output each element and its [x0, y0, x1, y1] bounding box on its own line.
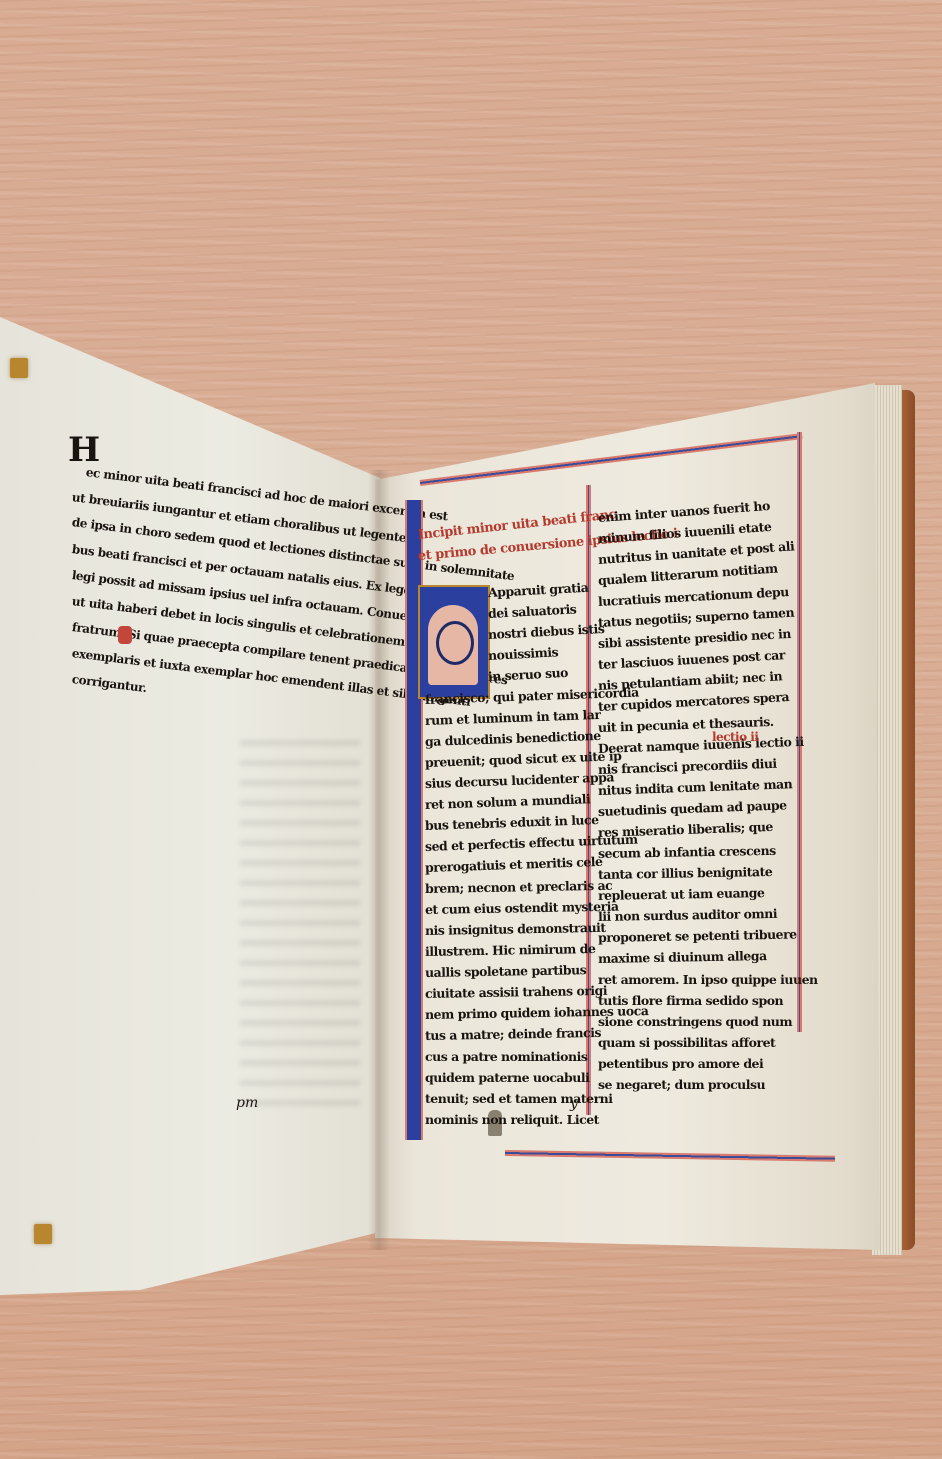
initial-inner-field	[428, 605, 478, 685]
text-line: se negaret; dum proculsu	[598, 1077, 765, 1092]
illuminated-initial-A	[418, 585, 490, 699]
text-line: secum ab infantia crescens	[598, 843, 776, 861]
page-tab-bottom	[34, 1224, 52, 1244]
initial-letter: H	[68, 430, 100, 470]
right-border-bar	[797, 432, 802, 1032]
text-line: quam si possibilitas afforet	[598, 1035, 775, 1050]
text-line: tus a matre; deinde francis	[425, 1025, 601, 1043]
text-line: sione constringens quod num	[598, 1014, 792, 1029]
text-line: nis insignitus demonstrauit	[425, 920, 606, 938]
text-line: nominis non reliquit. Licet	[425, 1112, 599, 1127]
lectio-marker: lectio ii	[712, 730, 758, 744]
catchword-right: y	[570, 1096, 578, 1112]
knotwork-ornament	[436, 621, 474, 665]
text-line: ciuitate assisii trahens origi	[425, 983, 607, 1001]
text-line: maxime si diuinum allega	[598, 948, 767, 966]
text-line: petentibus pro amore dei	[598, 1056, 763, 1071]
text-line: lii non surdus auditor omni	[598, 906, 777, 924]
text-line: quidem paterne uocabuli	[425, 1070, 589, 1085]
page-tab-top	[10, 358, 28, 378]
text-line: tutis flore firma sedido spon	[598, 993, 783, 1008]
text-line: uallis spoletane partibus	[425, 962, 586, 980]
rubric-paraph-mark	[118, 626, 132, 644]
text-line: repleuerat ut iam euange	[598, 885, 765, 903]
text-line: illustrem. Hic nimirum de	[425, 941, 596, 959]
text-line: tenuit; sed et tamen materni	[425, 1091, 613, 1106]
text-line: cus a patre nominationis	[425, 1049, 587, 1064]
show-through-text	[240, 740, 360, 1120]
catchword-left: pm	[236, 1095, 258, 1111]
text-line: ret amorem. In ipso quippe iuuen	[598, 972, 818, 987]
text-line: tanta cor illius benignitate	[598, 864, 773, 882]
